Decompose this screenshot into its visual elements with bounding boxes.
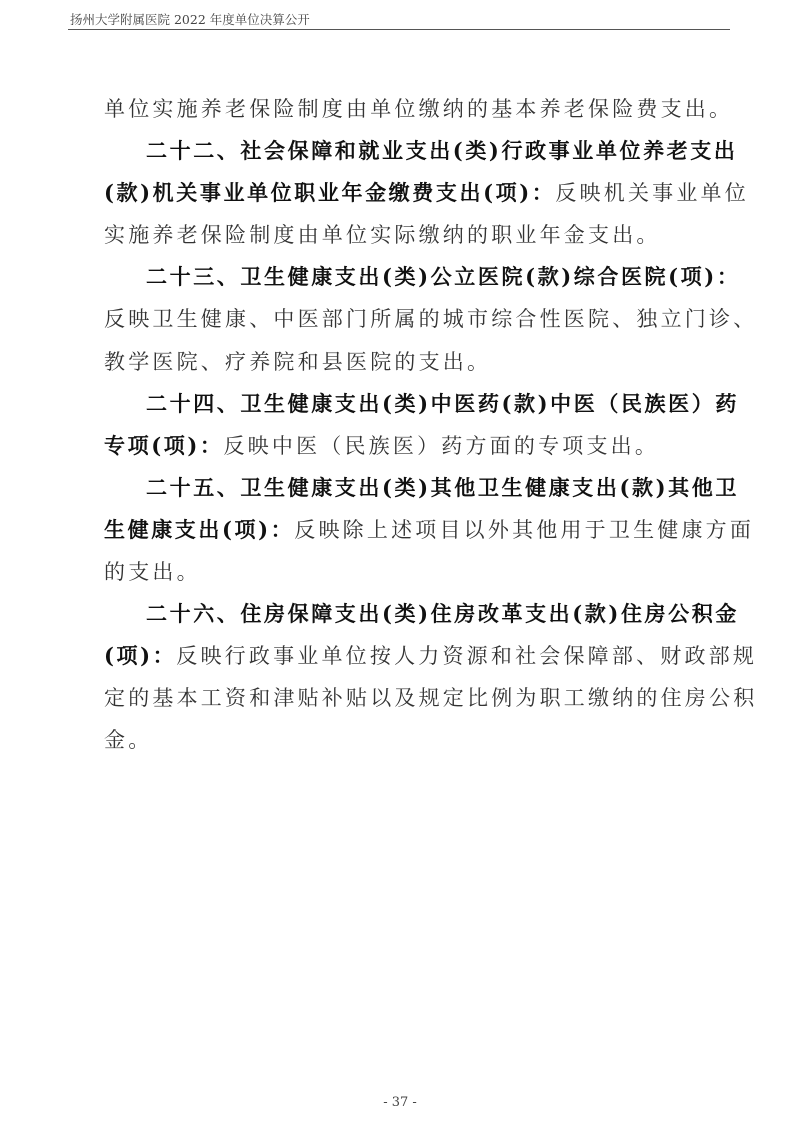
text-line: 的支出。 [104, 551, 696, 593]
item-heading: (款)机关事业单位职业年金缴费支出(项)： [104, 180, 555, 205]
item-heading: 二十六、住房保障支出(类)住房改革支出(款)住房公积金 [146, 601, 739, 626]
item-heading: 专项(项)： [104, 433, 223, 458]
item-description: 定的基本工资和津贴补贴以及规定比例为职工缴纳的住房公积 [104, 686, 757, 710]
item-heading: 生健康支出(项)： [104, 517, 294, 542]
paragraph: 二十五、卫生健康支出(类)其他卫生健康支出(款)其他卫生健康支出(项)：反映除上… [104, 467, 696, 593]
text-line: 反映卫生健康、中医部门所属的城市综合性医院、独立门诊、 [104, 298, 696, 340]
item-heading: 二十二、社会保障和就业支出(类)行政事业单位养老支出 [146, 138, 737, 163]
header-rule [68, 29, 730, 30]
item-heading: 二十四、卫生健康支出(类)中医药(款)中医（民族医）药 [146, 391, 739, 416]
item-description: 实施养老保险制度由单位实际缴纳的职业年金支出。 [104, 223, 661, 247]
item-description: 反映行政事业单位按人力资源和社会保障部、财政部规 [176, 644, 757, 668]
item-description: 教学医院、疗养院和县医院的支出。 [104, 350, 491, 374]
item-description: 反映机关事业单位 [555, 181, 749, 205]
text-line: 二十三、卫生健康支出(类)公立医院(款)综合医院(项)： [104, 256, 696, 298]
text-line: 实施养老保险制度由单位实际缴纳的职业年金支出。 [104, 214, 696, 256]
item-heading: (项)： [104, 643, 176, 668]
item-description: 反映除上述项目以外其他用于卫生健康方面 [294, 518, 754, 542]
text-line: 专项(项)：反映中医（民族医）药方面的专项支出。 [104, 425, 696, 467]
paragraph: 二十四、卫生健康支出(类)中医药(款)中医（民族医）药专项(项)：反映中医（民族… [104, 383, 696, 467]
text-line: 单位实施养老保险制度由单位缴纳的基本养老保险费支出。 [104, 88, 696, 130]
item-heading: 二十五、卫生健康支出(类)其他卫生健康支出(款)其他卫 [146, 475, 739, 500]
document-body: 单位实施养老保险制度由单位缴纳的基本养老保险费支出。二十二、社会保障和就业支出(… [104, 88, 696, 762]
item-description: 金。 [104, 728, 152, 752]
item-heading: 二十三、卫生健康支出(类)公立医院(款)综合医院(项)： [146, 264, 740, 289]
text-line: 生健康支出(项)：反映除上述项目以外其他用于卫生健康方面 [104, 509, 696, 551]
paragraph: 单位实施养老保险制度由单位缴纳的基本养老保险费支出。 [104, 88, 696, 130]
item-description: 反映卫生健康、中医部门所属的城市综合性医院、独立门诊、 [104, 307, 757, 331]
text-line: 二十四、卫生健康支出(类)中医药(款)中医（民族医）药 [104, 383, 696, 425]
paragraph: 二十六、住房保障支出(类)住房改革支出(款)住房公积金(项)：反映行政事业单位按… [104, 593, 696, 761]
page-number: - 37 - [0, 1095, 800, 1110]
text-line: (款)机关事业单位职业年金缴费支出(项)：反映机关事业单位 [104, 172, 696, 214]
paragraph: 二十二、社会保障和就业支出(类)行政事业单位养老支出(款)机关事业单位职业年金缴… [104, 130, 696, 256]
text-line: 金。 [104, 719, 696, 761]
text-line: 二十六、住房保障支出(类)住房改革支出(款)住房公积金 [104, 593, 696, 635]
text-line: 定的基本工资和津贴补贴以及规定比例为职工缴纳的住房公积 [104, 677, 696, 719]
item-description: 反映中医（民族医）药方面的专项支出。 [223, 434, 659, 458]
item-description: 单位实施养老保险制度由单位缴纳的基本养老保险费支出。 [104, 97, 733, 121]
text-line: 二十二、社会保障和就业支出(类)行政事业单位养老支出 [104, 130, 696, 172]
text-line: 二十五、卫生健康支出(类)其他卫生健康支出(款)其他卫 [104, 467, 696, 509]
text-line: (项)：反映行政事业单位按人力资源和社会保障部、财政部规 [104, 635, 696, 677]
item-description: 的支出。 [104, 560, 201, 584]
paragraph: 二十三、卫生健康支出(类)公立医院(款)综合医院(项)：反映卫生健康、中医部门所… [104, 256, 696, 382]
text-line: 教学医院、疗养院和县医院的支出。 [104, 341, 696, 383]
running-header: 扬州大学附属医院 2022 年度单位决算公开 [70, 10, 310, 28]
